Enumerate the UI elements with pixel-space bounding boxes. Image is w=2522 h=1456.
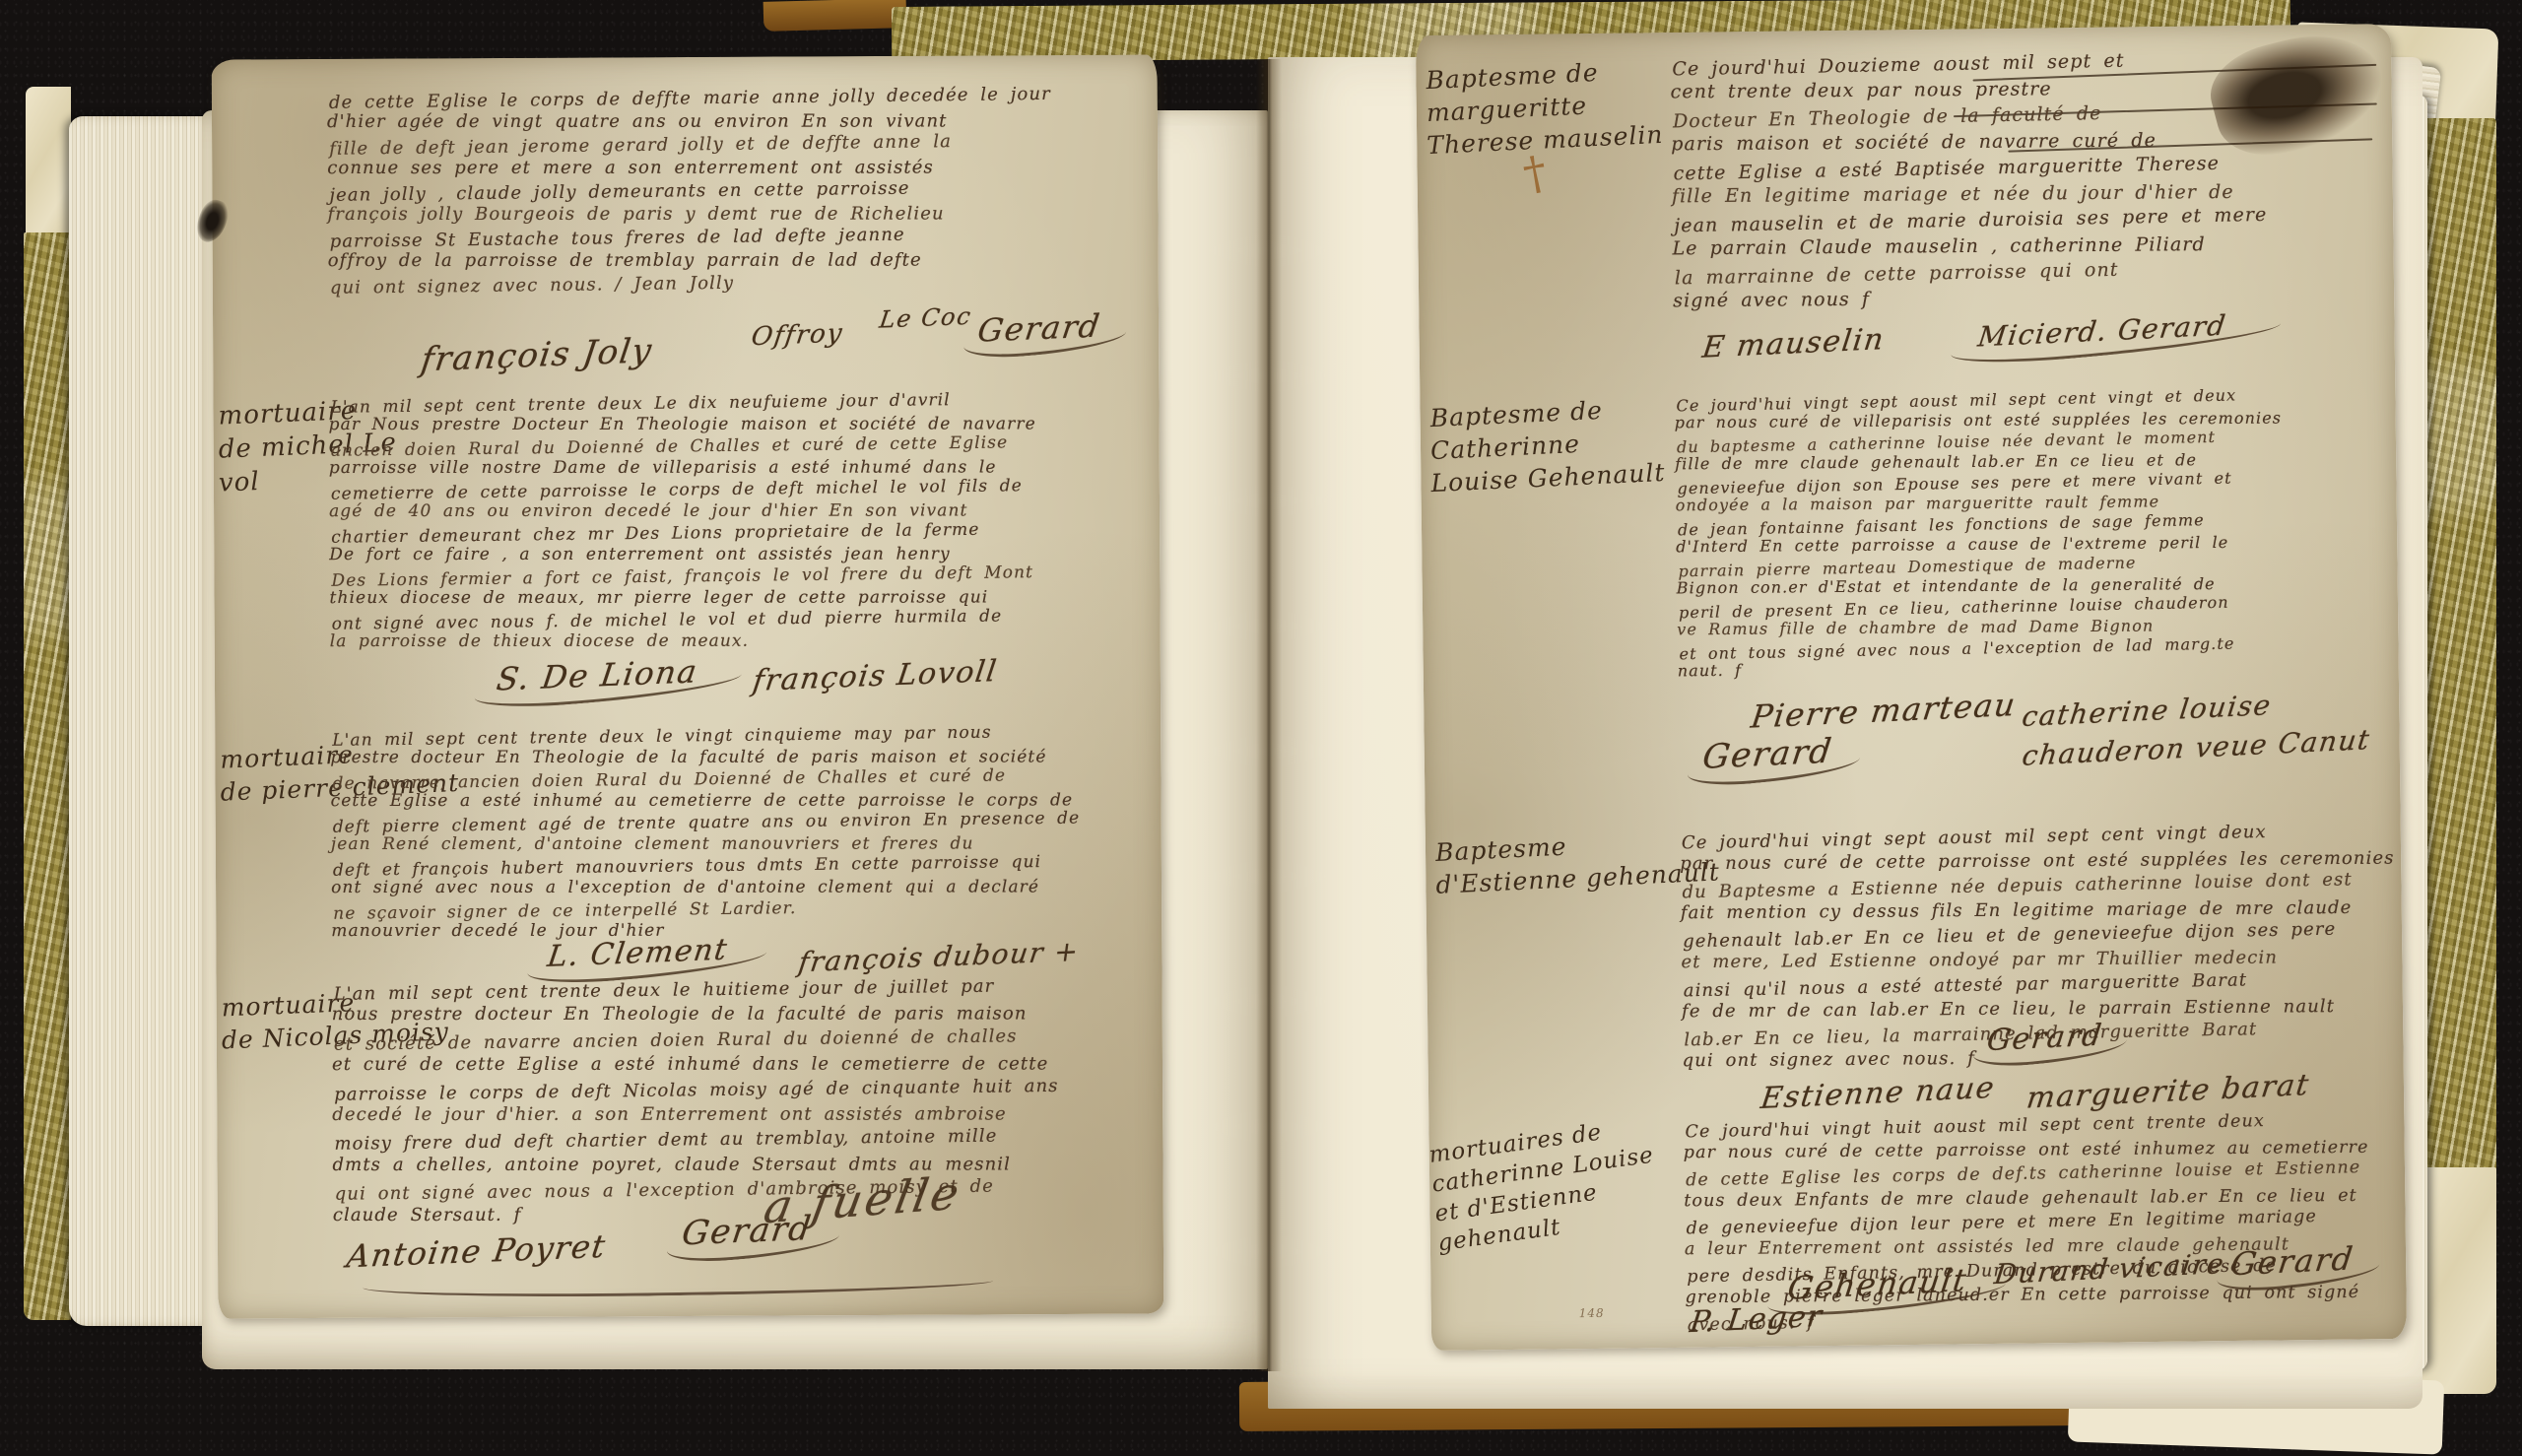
entry-text: L'an mil sept cent trente deux Le dix ne…: [328, 390, 1157, 654]
entry-text: L'an mil sept cent trente deux le huitie…: [332, 974, 1161, 1228]
signature: Gerard: [2228, 1239, 2356, 1283]
manuscript-line: la parroisse de thieux diocese de meaux.: [330, 629, 1158, 652]
right-cover-leather-bottom: [2416, 1167, 2496, 1394]
spine-headcap: [763, 0, 907, 32]
register-entry: mortuairede Nicolas moisyL'an mil sept c…: [332, 974, 1161, 1228]
signature: S. De Liona: [495, 652, 700, 697]
entry-text: Ce jourd'hui Douzieme aoust mil sept etc…: [1670, 45, 2387, 315]
register-entry: mortuairede pierre clementL'an mil sept …: [330, 723, 1159, 944]
signature: Antoine Poyret: [345, 1227, 609, 1276]
register-entry: de cette Eglise le corps de deffte marie…: [327, 85, 1156, 298]
register-entry: Baptesme demargueritteTherese mauselin†C…: [1670, 45, 2387, 315]
photo-background: de cette Eglise le corps de deffte marie…: [0, 0, 2522, 1456]
book-gutter-shadow: [1256, 59, 1282, 1371]
margin-note: mortuaires decatherinne Louiseet d'Estie…: [1427, 1115, 1662, 1255]
signature: chauderon veue Canut: [2021, 723, 2372, 772]
signature: L. Clement: [546, 933, 731, 974]
signature: Gerard: [1700, 732, 1835, 777]
margin-note: Baptesmed'Estienne gehenault: [1435, 827, 1720, 896]
manuscript-line: signé avec nous f: [1673, 282, 2387, 313]
signature: Estienne naue: [1759, 1071, 1997, 1116]
register-entry: Baptesme deCatherinneLouise GehenaultCe …: [1674, 384, 2392, 683]
left-manuscript-leaf: de cette Eglise le corps de deffte marie…: [212, 54, 1164, 1318]
signature: catherine louise: [2021, 689, 2274, 733]
left-cover-marbled-paper: [24, 232, 71, 1320]
register-entry: mortuaires decatherinne Louiseet d'Estie…: [1683, 1109, 2400, 1335]
signature: Gerard: [975, 307, 1102, 350]
entry-text: de cette Eglise le corps de deffte marie…: [327, 85, 1156, 298]
signature: françois dubour +: [796, 935, 1081, 978]
register-entry: Baptesmed'Estienne gehenaultCe jourd'hui…: [1680, 820, 2397, 1075]
manuscript-line: naut. f: [1678, 655, 2392, 682]
signature: E mauselin: [1700, 322, 1887, 365]
entry-text: L'an mil sept cent trente deux le vingt …: [330, 723, 1159, 944]
signature: Offroy: [750, 319, 845, 353]
signature: françois Lovoll: [751, 654, 1000, 698]
signature: P. Leger: [1688, 1299, 1825, 1340]
left-leaf-entries: de cette Eglise le corps de deffte marie…: [212, 54, 1158, 59]
signature: Le Coc: [878, 302, 973, 334]
margin-note: Baptesme demargueritteTherese mauselin: [1426, 57, 1664, 158]
folio-number: 148: [1579, 1306, 1605, 1320]
left-cover-leather: [26, 87, 71, 236]
entry-text: Ce jourd'hui vingt sept aoust mil sept c…: [1674, 384, 2392, 683]
signature: françois Joly: [419, 331, 655, 379]
signature: Pierre marteau: [1749, 686, 2019, 736]
signature: Micierd. Gerard: [1976, 309, 2228, 354]
left-page-stack-fore-edge: [69, 116, 213, 1326]
register-entry: mortuairede michel LevolL'an mil sept ce…: [328, 390, 1157, 654]
margin-note: Baptesme deCatherinneLouise Gehenault: [1429, 395, 1665, 496]
right-manuscript-leaf: Baptesme demargueritteTherese mauselin†C…: [1416, 24, 2407, 1351]
right-cover-marbled-paper: [2422, 118, 2496, 1182]
signature: Gerard: [1985, 1019, 2105, 1059]
